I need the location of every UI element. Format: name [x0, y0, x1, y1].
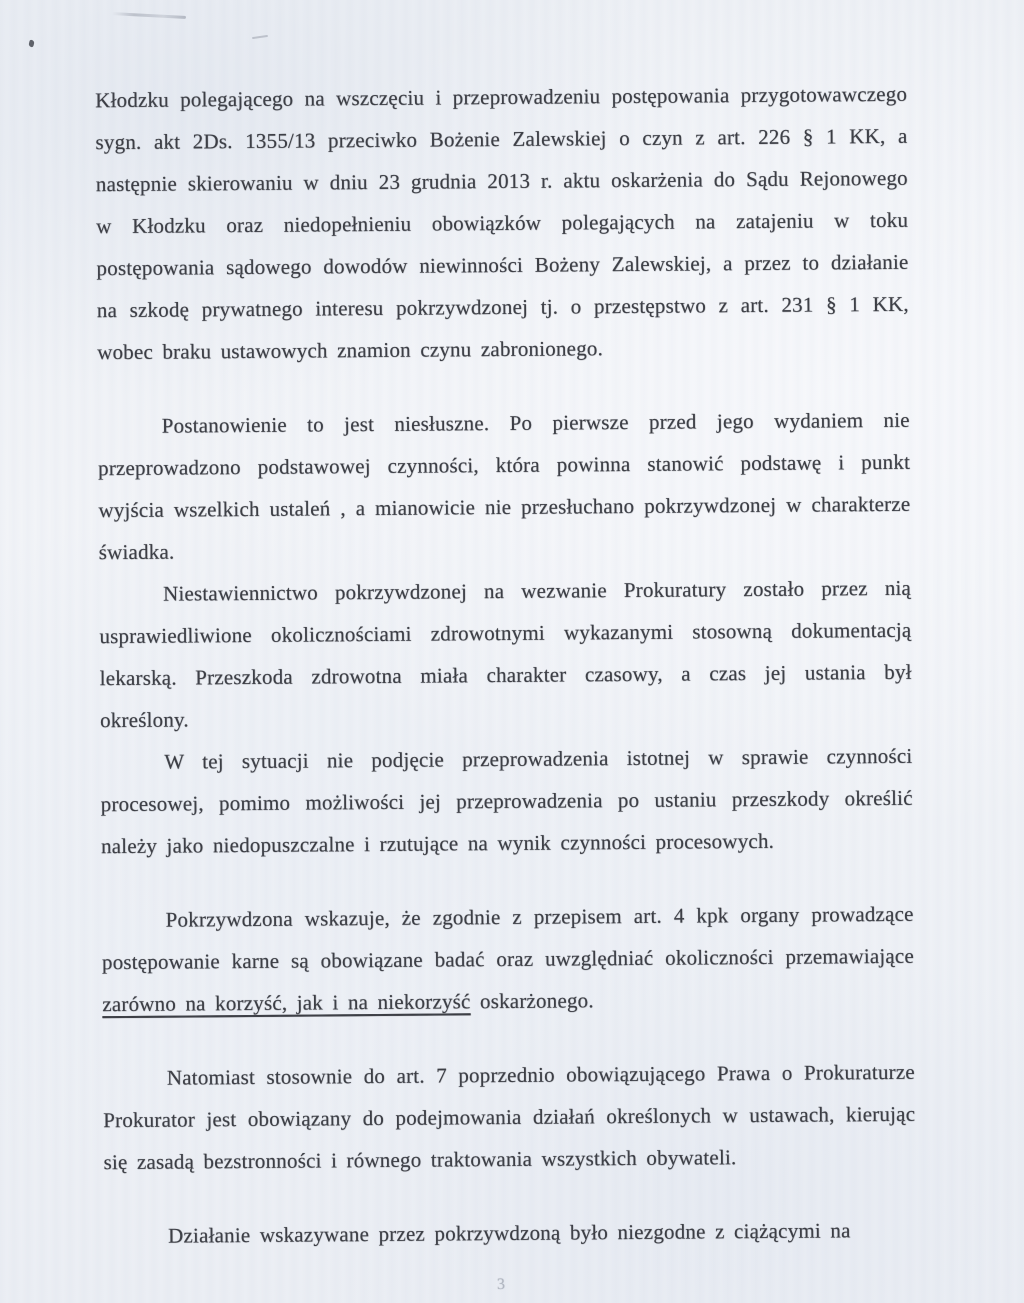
document-text-block: Kłodzku polegającego na wszczęciu i prze… [95, 73, 916, 1257]
underlined-phrase: zarówno na korzyść, jak i na niekorzyść [102, 989, 470, 1016]
ink-speck-top-left [28, 39, 35, 47]
paragraph-text-before-underline: Pokrzywdzona wskazuje, że zgodnie z prze… [102, 902, 914, 974]
paragraph-dzialanie: Działanie wskazywane przez pokrzywdzoną … [104, 1209, 916, 1257]
paragraph-niestawiennictwo: Niestawiennictwo pokrzywdzonej na wezwan… [99, 567, 912, 741]
scan-smudge-top [112, 12, 186, 19]
scanned-page: Kłodzku polegającego na wszczęciu i prze… [0, 0, 1024, 1303]
page-number: 3 [497, 1276, 506, 1294]
paragraph-natomiast: Natomiast stosownie do art. 7 poprzednio… [103, 1051, 916, 1183]
paragraph-text-after-underline: oskarżonego. [470, 988, 593, 1013]
paragraph-pokrzywdzona-wskazuje: Pokrzywdzona wskazuje, że zgodnie z prze… [101, 893, 914, 1025]
paragraph-w-tej-sytuacji: W tej sytuacji nie podjęcie przeprowadze… [100, 735, 913, 867]
paragraph-postanowienie: Postanowienie to jest niesłuszne. Po pie… [98, 399, 911, 573]
paragraph-continuation: Kłodzku polegającego na wszczęciu i prze… [95, 73, 909, 373]
scan-smudge-small [252, 35, 268, 39]
